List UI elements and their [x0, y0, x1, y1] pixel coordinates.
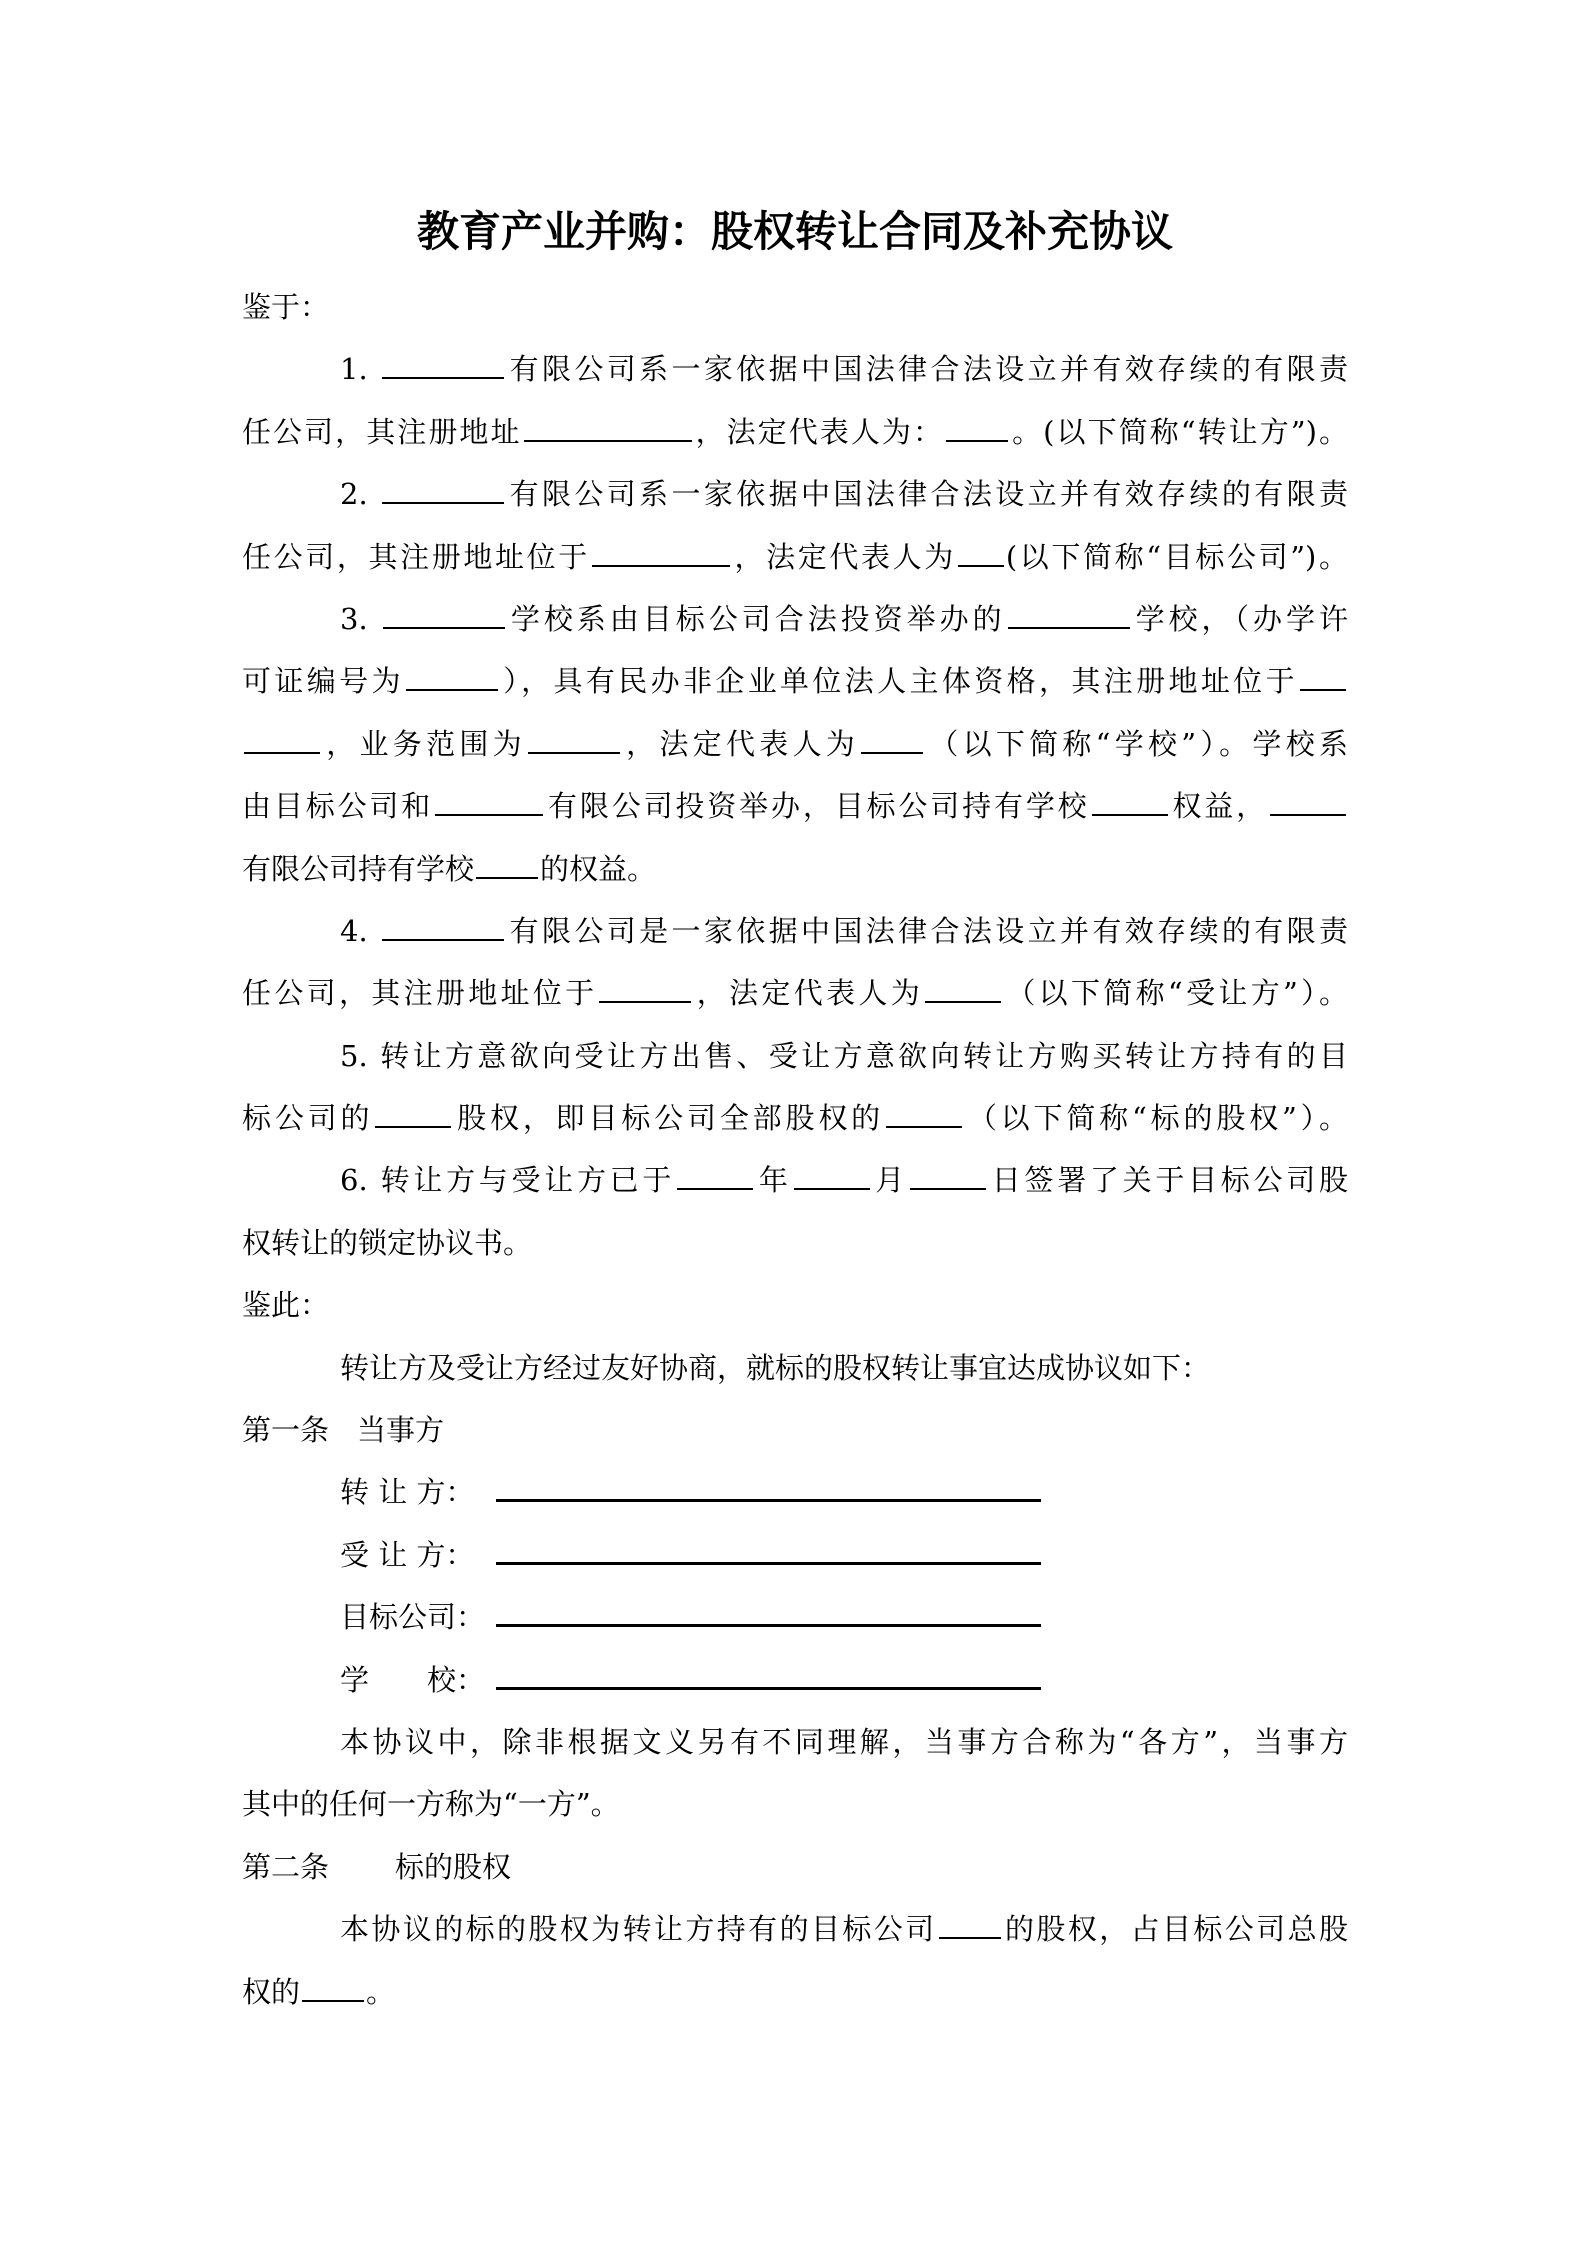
recital-3-line-3: ，业务范围为，法定代表人为（以下简称“学校”）。学校系 [242, 713, 1348, 775]
party-label: 受 让 方： [340, 1524, 496, 1586]
recital-number: 5. [340, 1039, 368, 1073]
recital-2-line-2: 任公司，其注册地址位于，法定代表人为(以下简称“目标公司”)。 [242, 526, 1348, 588]
article-number: 第二条 [242, 1850, 329, 1884]
recital-text: 有限公司是一家依据中国法律合法设立并有效存续的有限责 [506, 914, 1348, 948]
blank-lockup-day[interactable] [910, 1162, 986, 1190]
party-label: 目标公司： [340, 1586, 496, 1648]
recital-text: 学校，（办学许 [1132, 602, 1348, 636]
recital-text: ，法定代表人为： [694, 415, 945, 449]
document-body: 鉴于： 1. 有限公司系一家依据中国法律合法设立并有效存续的有限责 任公司，其注… [242, 276, 1348, 2023]
recital-5-line-1: 5. 转让方意欲向受让方出售、受让方意欲向转让方购买转让方持有的目 [242, 1025, 1348, 1087]
blank-subject-equity-percentage[interactable] [302, 1974, 364, 2002]
recital-text: 的权益。 [540, 852, 656, 886]
blank-other-company-name[interactable] [1270, 788, 1346, 816]
whereas-heading: 鉴于： [242, 276, 1348, 338]
blank-co-investor-company[interactable] [435, 788, 543, 816]
definition-line-1: 本协议中，除非根据文义另有不同理解，当事方合称为“各方”，当事方 [242, 1711, 1348, 1773]
recital-6-line-1: 6. 转让方与受让方已于年月日签署了关于目标公司股 [242, 1149, 1348, 1211]
blank-transferor-address[interactable] [524, 414, 692, 442]
recital-text: 学校系由目标公司合法投资举办的 [507, 602, 1006, 636]
party-field-target-company[interactable] [496, 1598, 1041, 1627]
recital-text: (以下简称“目标公司”)。 [1006, 540, 1348, 574]
blank-target-company-representative[interactable] [958, 539, 1004, 567]
article-2-line-2: 权的。 [242, 1961, 1348, 2023]
agreement-intro: 转让方及受让方经过友好协商，就标的股权转让事宜达成协议如下： [242, 1337, 1348, 1399]
recital-5-line-2: 标公司的股权，即目标公司全部股权的（以下简称“标的股权”）。 [242, 1087, 1348, 1149]
recital-3-line-2: 可证编号为），具有民办非企业单位法人主体资格，其注册地址位于 [242, 650, 1348, 712]
recital-1-line-1: 1. 有限公司系一家依据中国法律合法设立并有效存续的有限责 [242, 338, 1348, 400]
recital-text: 任公司，其注册地址位于 [242, 540, 590, 574]
party-row-transferee: 受 让 方： [242, 1524, 1348, 1586]
recital-text: 权益， [1170, 789, 1268, 823]
blank-target-school-interest[interactable] [1092, 788, 1168, 816]
article-text: 。 [366, 1975, 395, 2009]
blank-equity-amount[interactable] [375, 1100, 451, 1128]
party-label: 转 让 方： [340, 1461, 496, 1523]
recital-text: 有限公司投资举办，目标公司持有学校 [545, 789, 1089, 823]
recital-2-line-1: 2. 有限公司系一家依据中国法律合法设立并有效存续的有限责 [242, 463, 1348, 525]
blank-school-address-end[interactable] [244, 726, 320, 754]
blank-transferee-address[interactable] [599, 975, 691, 1003]
article-number: 第一条 [242, 1413, 329, 1447]
recital-text: ，法定代表人为 [732, 540, 956, 574]
recital-4-line-1: 4. 有限公司是一家依据中国法律合法设立并有效存续的有限责 [242, 900, 1348, 962]
party-field-transferee[interactable] [496, 1536, 1041, 1565]
recital-6-line-2: 权转让的锁定协议书。 [242, 1212, 1348, 1274]
blank-equity-percentage[interactable] [886, 1100, 962, 1128]
recital-text: 任公司，其注册地址 [242, 415, 522, 449]
recital-3-line-1: 3. 学校系由目标公司合法投资举办的学校，（办学许 [242, 588, 1348, 650]
recital-text: 月 [872, 1163, 908, 1197]
blank-target-company-name[interactable] [382, 476, 504, 504]
party-field-school[interactable] [496, 1661, 1041, 1690]
now-therefore-heading: 鉴此： [242, 1274, 1348, 1336]
article-text: 权的 [242, 1975, 300, 2009]
recital-text: ），具有民办非企业单位法人主体资格，其注册地址位于 [500, 664, 1298, 698]
blank-lockup-year[interactable] [677, 1162, 753, 1190]
recital-text: （以下简称“学校”）。学校系 [925, 727, 1348, 761]
blank-school-representative[interactable] [861, 726, 923, 754]
recital-text: ，法定代表人为 [622, 727, 859, 761]
recital-4-line-2: 任公司，其注册地址位于，法定代表人为（以下简称“受让方”）。 [242, 962, 1348, 1024]
party-field-transferor[interactable] [496, 1473, 1041, 1502]
blank-lockup-month[interactable] [794, 1162, 870, 1190]
blank-target-company-address[interactable] [592, 539, 730, 567]
article-2-line-1: 本协议的标的股权为转让方持有的目标公司的股权，占目标公司总股 [242, 1898, 1348, 1960]
recital-1-line-2: 任公司，其注册地址，法定代表人为：。(以下简称“转让方”)。 [242, 401, 1348, 463]
recital-3-line-4: 由目标公司和有限公司投资举办，目标公司持有学校权益， [242, 775, 1348, 837]
article-text: 本协议的标的股权为转让方持有的目标公司 [340, 1912, 937, 1946]
article-text: 的股权，占目标公司总股 [1003, 1912, 1348, 1946]
recital-text: 转让方与受让方已于 [381, 1163, 676, 1197]
party-row-transferor: 转 让 方： [242, 1461, 1348, 1523]
recital-text: 股权，即目标公司全部股权的 [453, 1101, 884, 1135]
blank-school-business-scope[interactable] [528, 726, 620, 754]
article-1-heading: 第一条当事方 [242, 1399, 1348, 1461]
party-row-target-company: 目标公司： [242, 1586, 1348, 1648]
recital-text: 任公司，其注册地址位于 [242, 976, 597, 1010]
recital-text: 转让方意欲向受让方出售、受让方意欲向转让方购买转让方持有的目 [380, 1039, 1348, 1073]
recital-text: 标公司的 [242, 1101, 373, 1135]
blank-other-school-interest[interactable] [476, 851, 538, 879]
blank-transferor-representative[interactable] [946, 414, 1008, 442]
recital-text: （以下简称“标的股权”）。 [964, 1101, 1348, 1135]
definition-line-2: 其中的任何一方称为“一方”。 [242, 1773, 1348, 1835]
recital-text: 。(以下简称“转让方”)。 [1010, 415, 1348, 449]
blank-school-address-start[interactable] [1300, 663, 1346, 691]
blank-license-number[interactable] [406, 663, 498, 691]
party-label: 学 校： [340, 1649, 496, 1711]
recital-text: ，法定代表人为 [693, 976, 923, 1010]
recital-3-line-5: 有限公司持有学校的权益。 [242, 838, 1348, 900]
recital-number: 1. [340, 352, 368, 386]
recital-text: 有限公司系一家依据中国法律合法设立并有效存续的有限责 [506, 477, 1348, 511]
blank-school-name[interactable] [383, 601, 505, 629]
blank-transferee-name[interactable] [382, 913, 504, 941]
recital-number: 6. [340, 1163, 368, 1197]
recital-number: 3. [340, 602, 368, 636]
blank-school-type[interactable] [1008, 601, 1130, 629]
document-title: 教育产业并购：股权转让合同及补充协议 [242, 200, 1348, 264]
recital-text: ，业务范围为 [322, 727, 526, 761]
recital-text: 可证编号为 [242, 664, 404, 698]
blank-transferee-representative[interactable] [925, 975, 1001, 1003]
recital-text: （以下简称“受让方”）。 [1003, 976, 1348, 1010]
recital-text: 由目标公司和 [242, 789, 433, 823]
article-title: 标的股权 [395, 1850, 511, 1884]
blank-subject-equity-amount[interactable] [939, 1911, 1001, 1939]
recital-number: 2. [340, 477, 368, 511]
party-row-school: 学 校： [242, 1649, 1348, 1711]
article-title: 当事方 [357, 1413, 444, 1447]
recital-text: 有限公司系一家依据中国法律合法设立并有效存续的有限责 [506, 352, 1348, 386]
recital-number: 4. [340, 914, 368, 948]
article-2-heading: 第二条标的股权 [242, 1836, 1348, 1898]
recital-text: 有限公司持有学校 [242, 852, 474, 886]
blank-transferor-name[interactable] [382, 351, 504, 379]
recital-text: 日签署了关于目标公司股 [988, 1163, 1348, 1197]
recital-text: 年 [755, 1163, 791, 1197]
